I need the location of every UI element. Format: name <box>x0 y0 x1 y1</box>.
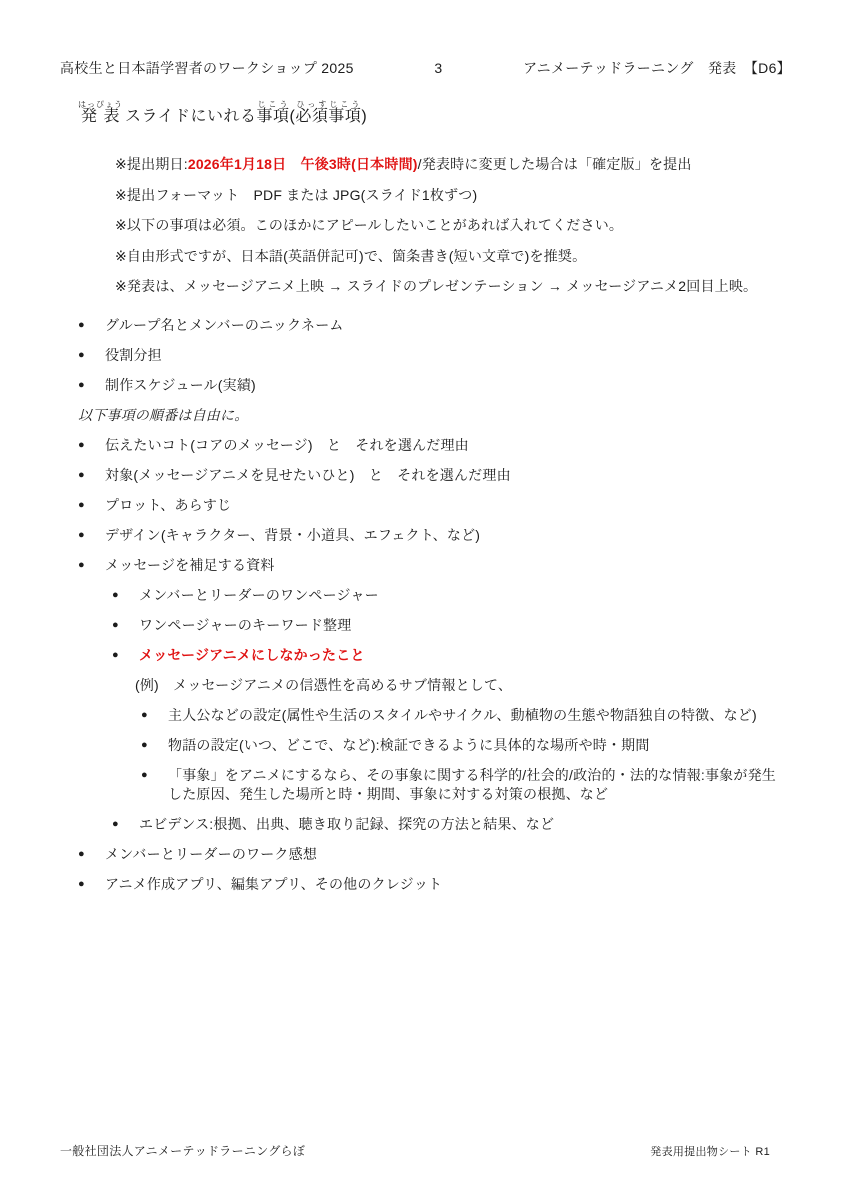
title-segment-text: ) <box>361 108 367 125</box>
bullet-icon: ● <box>141 706 168 725</box>
list-item-text: 「事象」をアニメにするなら、その事象に関する科学的/社会的/政治的・法的な情報:… <box>168 766 789 804</box>
list-item: ●ワンページャーのキーワード整理 <box>78 616 789 635</box>
bullet-icon: ● <box>78 346 105 365</box>
header-session-label: アニメーテッドラーニング 発表 【D6】 <box>523 58 791 78</box>
title-ruby-segment: 事項じこう <box>328 108 361 125</box>
submission-notes-section: ※提出期日:2026年1月18日 午後3時(日本時間)/発表時に変更した場合は「… <box>115 155 793 308</box>
document-title: 発表はっぴょう スライドにいれる事項じこう(必須ひっす事項じこう) <box>78 100 367 126</box>
list-item-text: デザイン(キャラクター、背景・小道具、エフェクト、など) <box>105 526 789 545</box>
list-item-text: 物語の設定(いつ、どこで、など):検証できるように具体的な場所や時・期間 <box>168 736 789 755</box>
note-text: ※自由形式ですが、日本語(英語併記可)で、箇条書き(短い文章で)を推奨。 <box>115 248 586 264</box>
title-segment-text: 事項 <box>256 108 289 125</box>
page-number: 3 <box>434 60 442 76</box>
list-item-text: メンバーとリーダーのワンページャー <box>139 586 789 605</box>
bullet-icon: ● <box>78 845 105 864</box>
footer-sheet-label: 発表用提出物シート R1 <box>650 1143 770 1159</box>
list-item: ●役割分担 <box>78 346 789 365</box>
title-ruby-segment: 発表はっぴょう <box>78 108 120 125</box>
list-item-text: アニメ作成アプリ、編集アプリ、その他のクレジット <box>105 875 789 894</box>
bullet-icon: ● <box>78 526 105 545</box>
list-item: ●プロット、あらすじ <box>78 496 789 515</box>
bullet-icon: ● <box>78 875 105 894</box>
note-line: ※提出フォーマット PDF または JPG(スライド1枚ずつ) <box>115 186 793 205</box>
footer-organization: 一般社団法人アニメーテッドラーニングらぼ <box>60 1142 305 1159</box>
bullet-icon: ● <box>78 556 105 575</box>
list-item-text: メッセージを補足する資料 <box>105 556 789 575</box>
list-item-text: 役割分担 <box>105 346 789 365</box>
list-item: ●主人公などの設定(属性や生活のスタイルやサイクル、動植物の生態や物語独自の特徴… <box>78 706 789 725</box>
list-item: ●物語の設定(いつ、どこで、など):検証できるように具体的な場所や時・期間 <box>78 736 789 755</box>
list-item-text: 対象(メッセージアニメを見せたいひと) と それを選んだ理由 <box>105 466 789 485</box>
list-item: ●メッセージを補足する資料 <box>78 556 789 575</box>
title-segment-text: 発表 <box>78 108 123 125</box>
title-furigana: ひっす <box>295 100 328 109</box>
list-item-text: 主人公などの設定(属性や生活のスタイルやサイクル、動植物の生態や物語独自の特徴、… <box>168 706 789 725</box>
list-item: ●デザイン(キャラクター、背景・小道具、エフェクト、など) <box>78 526 789 545</box>
list-item-text: エビデンス:根拠、出典、聴き取り記録、探究の方法と結果、など <box>139 815 789 834</box>
list-item-text: ワンページャーのキーワード整理 <box>139 616 789 635</box>
title-furigana: じこう <box>256 100 289 109</box>
document-footer: 一般社団法人アニメーテッドラーニングらぼ 発表用提出物シート R1 <box>60 1142 770 1159</box>
list-item: ●メンバーとリーダーのワーク感想 <box>78 845 789 864</box>
note-line: ※自由形式ですが、日本語(英語併記可)で、箇条書き(短い文章で)を推奨。 <box>115 247 793 266</box>
list-item: ●エビデンス:根拠、出典、聴き取り記録、探究の方法と結果、など <box>78 815 789 834</box>
list-item: ●対象(メッセージアニメを見せたいひと) と それを選んだ理由 <box>78 466 789 485</box>
note-text: ※以下の事項は必須。このほかにアピールしたいことがあれば入れてください。 <box>115 217 623 233</box>
list-item: ●伝えたいコト(コアのメッセージ) と それを選んだ理由 <box>78 436 789 455</box>
bullet-icon: ● <box>78 436 105 455</box>
list-item: ●「事象」をアニメにするなら、その事象に関する科学的/社会的/政治的・法的な情報… <box>78 766 789 804</box>
title-ruby-segment: 事項じこう <box>256 108 289 125</box>
note-text: ※提出期日: <box>115 156 188 172</box>
required-items-list: ●グループ名とメンバーのニックネーム●役割分担●制作スケジュール(実績)以下事項… <box>78 316 789 905</box>
title-segment-text: 必須 <box>295 108 328 125</box>
list-item: ●グループ名とメンバーのニックネーム <box>78 316 789 335</box>
list-item-text: 伝えたいコト(コアのメッセージ) と それを選んだ理由 <box>105 436 789 455</box>
list-item: ●メンバーとリーダーのワンページャー <box>78 586 789 605</box>
document-page: 高校生と日本語学習者のワークショップ 2025 3 アニメーテッドラーニング 発… <box>0 0 849 1200</box>
list-item-text: メッセージアニメにしなかったこと <box>139 646 789 665</box>
title-furigana: はっぴょう <box>78 100 123 109</box>
list-item-text: プロット、あらすじ <box>105 496 789 515</box>
document-header: 高校生と日本語学習者のワークショップ 2025 3 アニメーテッドラーニング 発… <box>60 58 791 78</box>
bullet-icon: ● <box>112 815 139 834</box>
note-deadline-highlight: 2026年1月18日 午後3時(日本時間) <box>188 156 418 172</box>
bullet-icon: ● <box>78 496 105 515</box>
bullet-icon: ● <box>78 466 105 485</box>
note-line: ※提出期日:2026年1月18日 午後3時(日本時間)/発表時に変更した場合は「… <box>115 155 793 174</box>
bullet-icon: ● <box>78 316 105 335</box>
bullet-icon: ● <box>141 766 168 785</box>
note-text: /発表時に変更した場合は「確定版」を提出 <box>418 156 692 172</box>
list-item: ●制作スケジュール(実績) <box>78 376 789 395</box>
list-item-text: メンバーとリーダーのワーク感想 <box>105 845 789 864</box>
bullet-icon: ● <box>112 646 139 665</box>
list-item: ●アニメ作成アプリ、編集アプリ、その他のクレジット <box>78 875 789 894</box>
bullet-icon: ● <box>78 376 105 395</box>
list-item-text: グループ名とメンバーのニックネーム <box>105 316 789 335</box>
title-segment-text: 事項 <box>328 108 361 125</box>
note-text: ※提出フォーマット PDF または JPG(スライド1枚ずつ) <box>115 187 477 203</box>
title-ruby-segment: 必須ひっす <box>295 108 328 125</box>
header-workshop-title: 高校生と日本語学習者のワークショップ 2025 <box>60 58 354 78</box>
note-text: ※発表は、メッセージアニメ上映 → スライドのプレゼンテーション → メッセージ… <box>115 278 757 294</box>
title-furigana: じこう <box>328 100 361 109</box>
bullet-icon: ● <box>112 586 139 605</box>
list-item: ●メッセージアニメにしなかったこと <box>78 646 789 665</box>
bullet-icon: ● <box>112 616 139 635</box>
free-order-note: 以下事項の順番は自由に。 <box>78 406 789 425</box>
title-segment-text: スライドにいれる <box>120 108 256 125</box>
example-note: (例) メッセージアニメの信憑性を高めるサブ情報として、 <box>78 676 789 695</box>
note-line: ※発表は、メッセージアニメ上映 → スライドのプレゼンテーション → メッセージ… <box>115 277 793 296</box>
list-item-text: 制作スケジュール(実績) <box>105 376 789 395</box>
note-line: ※以下の事項は必須。このほかにアピールしたいことがあれば入れてください。 <box>115 216 793 235</box>
bullet-icon: ● <box>141 736 168 755</box>
